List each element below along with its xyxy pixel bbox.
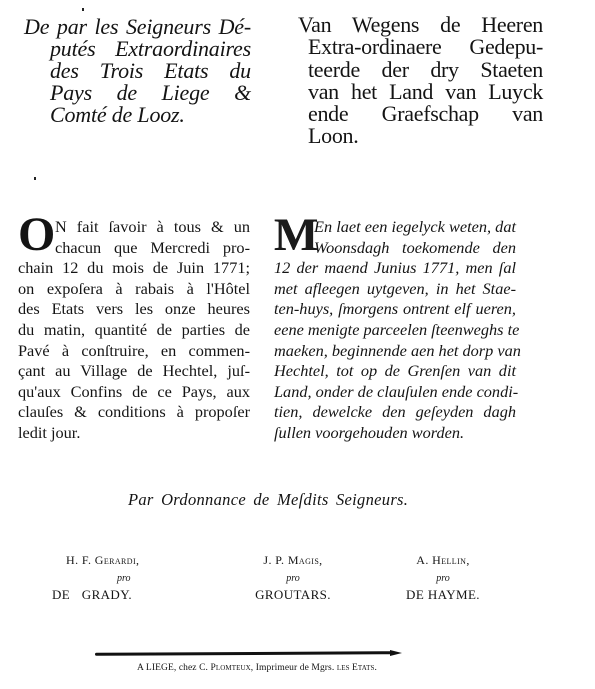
- ordonnance-line: Par Ordonnance de Meſdits Seigneurs.: [128, 490, 408, 510]
- body-line: Pavé à conſtruire, en commen-: [18, 341, 250, 362]
- imprint-rule: [95, 651, 393, 656]
- body-line: 12 der maend Junius 1771, men ſal: [274, 258, 516, 279]
- heading-dutch-line: ende Graefschap van: [298, 103, 543, 125]
- signatory-name: A. Hellin,: [368, 552, 518, 568]
- body-line: Hechtel, tot op de Grenſen van dit: [274, 361, 516, 382]
- heading-french-line: Pays de Liege &: [24, 82, 251, 104]
- body-line: des Etats vers les onze heures: [18, 299, 250, 320]
- heading-dutch-line: van het Land van Luyck: [298, 81, 543, 103]
- heading-dutch-line: Van Wegens de Heeren: [298, 14, 543, 36]
- heading-dutch: Van Wegens de Heeren Extra-ordinaere Ged…: [298, 14, 543, 148]
- body-line: clauſes & conditions à propoſer: [18, 402, 250, 423]
- body-line: ſullen voorgehouden worden.: [274, 423, 516, 444]
- signatory-name: H. F. Gerardi,: [52, 552, 202, 568]
- imprint-title: Imprimeur de Mgrs.: [256, 663, 335, 673]
- body-line: Land, onder de clauſulen ende condi-: [274, 382, 516, 403]
- signatory-principal: DE GRADY.: [52, 587, 202, 603]
- body-line: tien, dewelcke den geſeyden dagh: [274, 402, 516, 423]
- signature-block: A. Hellin, pro DE HAYME.: [368, 552, 518, 603]
- heading-dutch-line: Extra-ordinaere Gedepu-: [298, 36, 543, 58]
- signature-block: H. F. Gerardi, pro DE GRADY.: [52, 552, 202, 603]
- body-dutch-column: M En laet een iegelyck weten, dat Woonsd…: [274, 217, 516, 444]
- imprint-place: A LIEGE,: [137, 663, 176, 673]
- heading-french-line: De par les Seigneurs Dé-: [24, 16, 251, 38]
- body-line: chain 12 du mois de Juin 1771;: [18, 258, 250, 279]
- imprint-rule-tail: [390, 650, 402, 656]
- heading-dutch-line: teerde der dry Staeten: [298, 59, 543, 81]
- drop-cap-o: O: [18, 215, 55, 255]
- body-line: eene menigte parceelen ſteenweghs te: [274, 320, 516, 341]
- heading-french: De par les Seigneurs Dé- putés Extraordi…: [24, 16, 251, 126]
- imprint-tail: les Etats.: [337, 663, 377, 673]
- heading-dutch-line: Loon.: [298, 125, 543, 147]
- signature-block: J. P. Magis, pro GROUTARS.: [218, 552, 368, 603]
- signatory-principal: DE HAYME.: [368, 587, 518, 603]
- signatory-pro: pro: [218, 572, 368, 586]
- body-line: çant au Village de Hechtel, juſ-: [18, 361, 250, 382]
- body-line: qu'aux Confins de ce Pays, aux: [18, 382, 250, 403]
- imprint-printer: Plomteux,: [210, 663, 253, 673]
- ink-speck: [82, 8, 84, 11]
- heading-french-line: des Trois Etats du: [24, 60, 251, 82]
- imprint-chez: chez C.: [179, 663, 208, 673]
- imprint-line: A LIEGE, chez C. Plomteux, Imprimeur de …: [137, 663, 377, 673]
- signatory-principal: GROUTARS.: [218, 587, 368, 603]
- drop-cap-m: M: [274, 215, 318, 255]
- body-french-column: O N fait ſavoir à tous & un chacun que M…: [18, 217, 250, 444]
- ink-speck: [34, 177, 36, 180]
- signatory-name: J. P. Magis,: [218, 552, 368, 568]
- signatory-pro: pro: [368, 572, 518, 586]
- heading-french-line: Comté de Looz.: [24, 104, 251, 126]
- body-line: du matin, quantité de parties de: [18, 320, 250, 341]
- body-line: maeken, beginnende aen het dorp van: [274, 341, 516, 362]
- body-line: met afleegen uytgeven, in het Stae-: [274, 279, 516, 300]
- heading-french-line: putés Extraordinaires: [24, 38, 251, 60]
- signatory-pro: pro: [52, 572, 202, 586]
- body-line: on expoſera à rabais à l'Hôtel: [18, 279, 250, 300]
- body-line: ledit jour.: [18, 423, 250, 444]
- body-line: ten-huys, ſmorgens ontrent elf ueren,: [274, 299, 516, 320]
